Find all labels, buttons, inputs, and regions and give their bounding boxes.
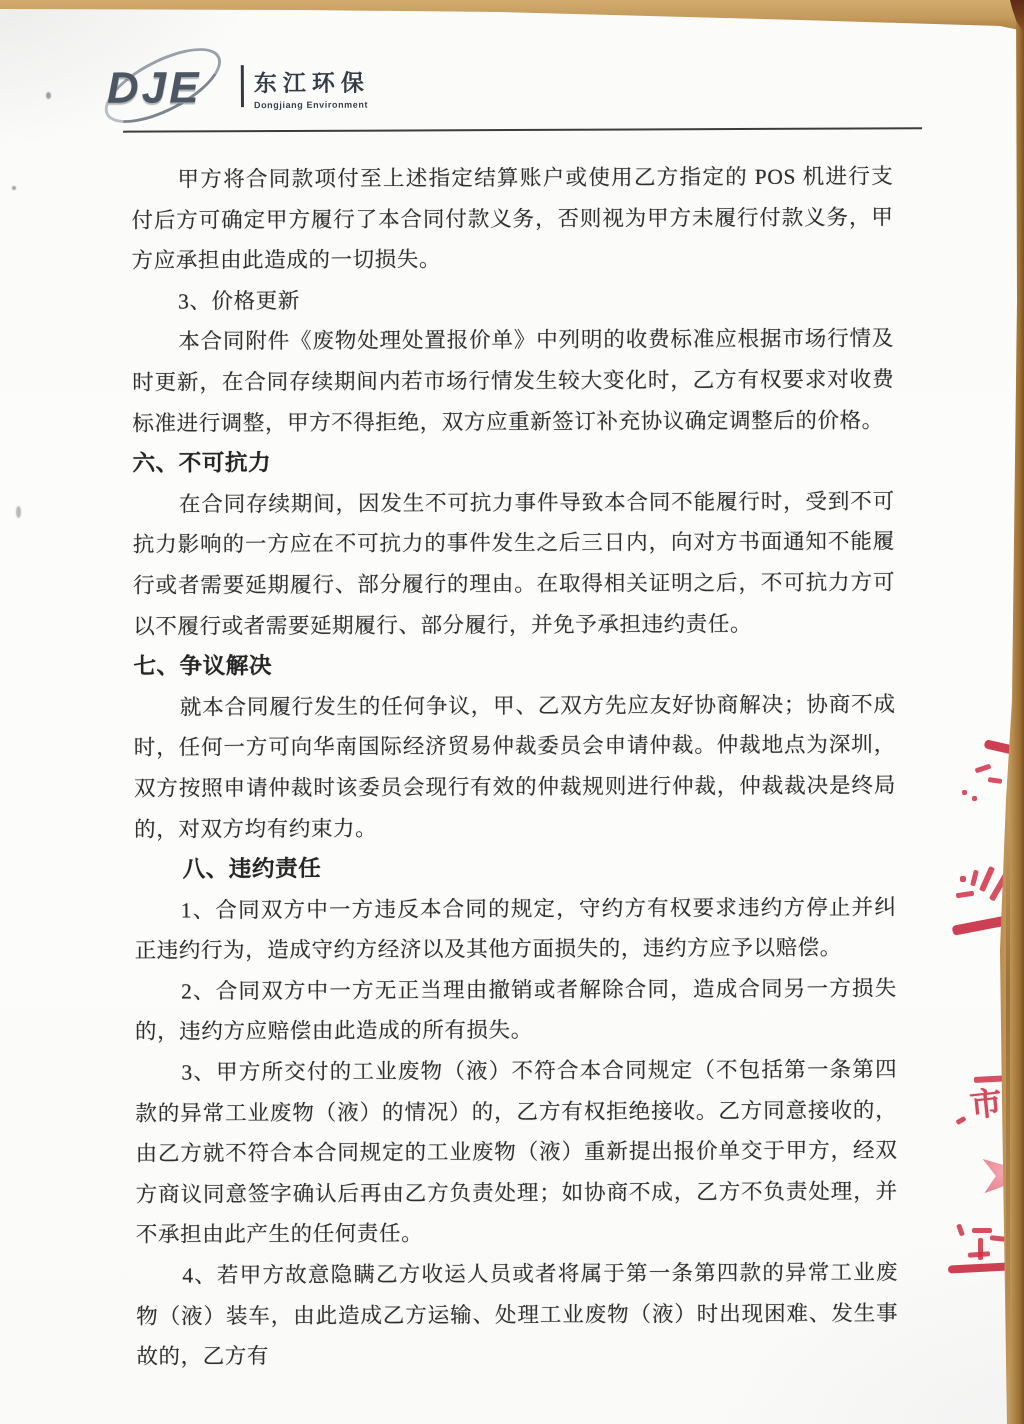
- red-seal-fragment: [972, 796, 977, 801]
- red-seal-fragment: [960, 876, 966, 882]
- scanned-contract-page: DJE 东江环保 Dongjiang Environment 甲方将合同款项付至…: [0, 0, 1024, 1424]
- red-seal-fragment: [988, 777, 1003, 784]
- red-seal-fragment: [956, 891, 975, 898]
- red-seal-fragment: [990, 1235, 1006, 1242]
- seal-fragments: 市: [0, 0, 1024, 1424]
- scan-background-edge-streak: [1006, 820, 1010, 1380]
- red-seal-fragment: [972, 1228, 992, 1233]
- red-seal-fragment: [979, 866, 995, 892]
- red-seal-fragment: [970, 870, 979, 887]
- red-seal-fragment: [962, 790, 967, 795]
- red-seal-fragment: [955, 1116, 966, 1125]
- red-seal-fragment: [975, 764, 992, 774]
- red-seal-fragment: [956, 1224, 965, 1237]
- red-seal-character: 市: [968, 1086, 1003, 1121]
- red-seal-fragment: [968, 1251, 990, 1258]
- red-seal-fragment: [948, 1262, 1010, 1273]
